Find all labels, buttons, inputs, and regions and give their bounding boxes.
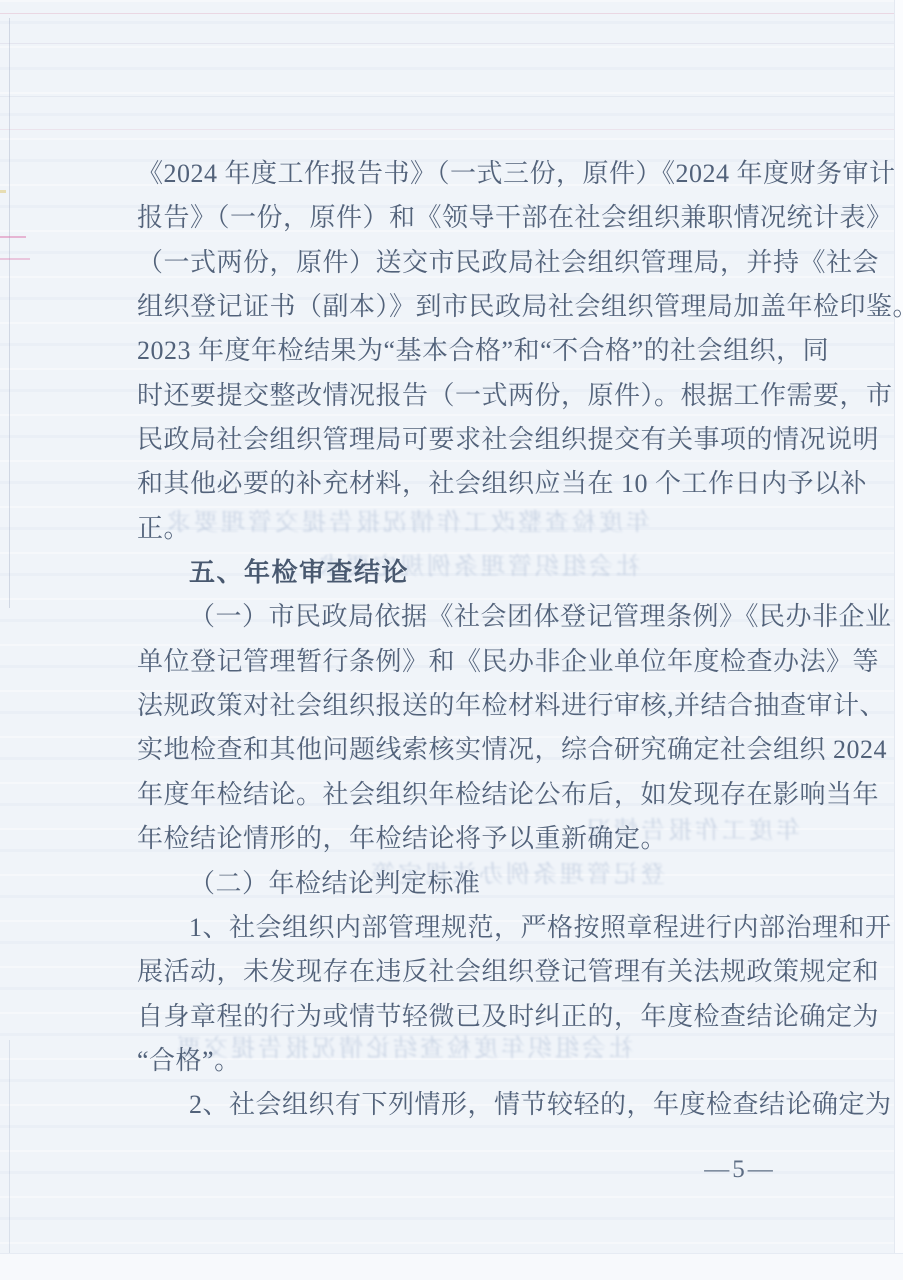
text-line: 民政局社会组织管理局可要求社会组织提交有关事项的情况说明 xyxy=(137,418,800,462)
page-number: —5— xyxy=(692,1156,788,1184)
scan-right-edge xyxy=(894,0,903,1280)
scan-hairline xyxy=(0,43,903,44)
scanned-document-view: { "doc": { "page_number": "—5—", "lines"… xyxy=(0,0,903,1280)
text-line: “合格”。 xyxy=(137,1039,800,1083)
scan-edge-mark xyxy=(0,236,26,238)
text-line: 2023 年度年检结果为“基本合格”和“不合格”的社会组织，同 xyxy=(137,329,800,373)
text-line: 和其他必要的补充材料，社会组织应当在 10 个工作日内予以补 xyxy=(137,462,800,506)
text-line: 年检结论情形的，年检结论将予以重新确定。 xyxy=(137,817,800,861)
text-line: 报告》（一份，原件）和《领导干部在社会组织兼职情况统计表》 xyxy=(137,196,800,240)
text-line: 实地检查和其他问题线索核实情况，综合研究确定社会组织 2024 xyxy=(137,728,800,772)
text-line: （一）市民政局依据《社会团体登记管理条例》《民办非企业 xyxy=(137,595,800,639)
text-line: 时还要提交整改情况报告（一式两份，原件）。根据工作需要，市 xyxy=(137,374,800,418)
text-line: 展活动，未发现存在违反社会组织登记管理有关法规政策规定和 xyxy=(137,950,800,994)
text-line: 组织登记证书（副本）》到市民政局社会组织管理局加盖年检印鉴。 xyxy=(137,285,800,329)
subsection-heading: （二）年检结论判定标准 xyxy=(137,862,800,906)
text-line: 2、社会组织有下列情形，情节较轻的，年度检查结论确定为 xyxy=(137,1083,800,1127)
text-line: 正。 xyxy=(137,507,800,551)
scan-edge-line xyxy=(9,1040,10,1280)
text-line: 1、社会组织内部管理规范，严格按照章程进行内部治理和开 xyxy=(137,906,800,950)
text-line: 年度年检结论。社会组织年检结论公布后，如发现存在影响当年 xyxy=(137,773,800,817)
text-line: 单位登记管理暂行条例》和《民办非企业单位年度检查办法》等 xyxy=(137,640,800,684)
scan-hairline xyxy=(0,13,903,14)
scan-edge-mark xyxy=(0,258,30,260)
scan-hairline xyxy=(0,96,903,97)
document-page: 年度检查整改工作情况报告提交管理要求（2） 社会组织管理条例规定要求 年度工作报… xyxy=(0,0,903,1280)
text-line: 《2024 年度工作报告书》（一式三份，原件）《2024 年度财务审计 xyxy=(137,152,800,196)
document-text: 《2024 年度工作报告书》（一式三份，原件）《2024 年度财务审计 报告》（… xyxy=(137,152,800,1128)
text-line: 自身章程的行为或情节轻微已及时纠正的，年度检查结论确定为 xyxy=(137,995,800,1039)
scan-hairline xyxy=(0,129,903,130)
text-line: （一式两份，原件）送交市民政局社会组织管理局，并持《社会 xyxy=(137,241,800,285)
scan-edge-mark xyxy=(0,190,6,193)
text-line: 法规政策对社会组织报送的年检材料进行审核,并结合抽查审计、 xyxy=(137,684,800,728)
section-heading: 五、年检审查结论 xyxy=(137,551,800,595)
scan-edge-line xyxy=(9,18,10,608)
scan-bottom-edge xyxy=(0,1253,903,1280)
